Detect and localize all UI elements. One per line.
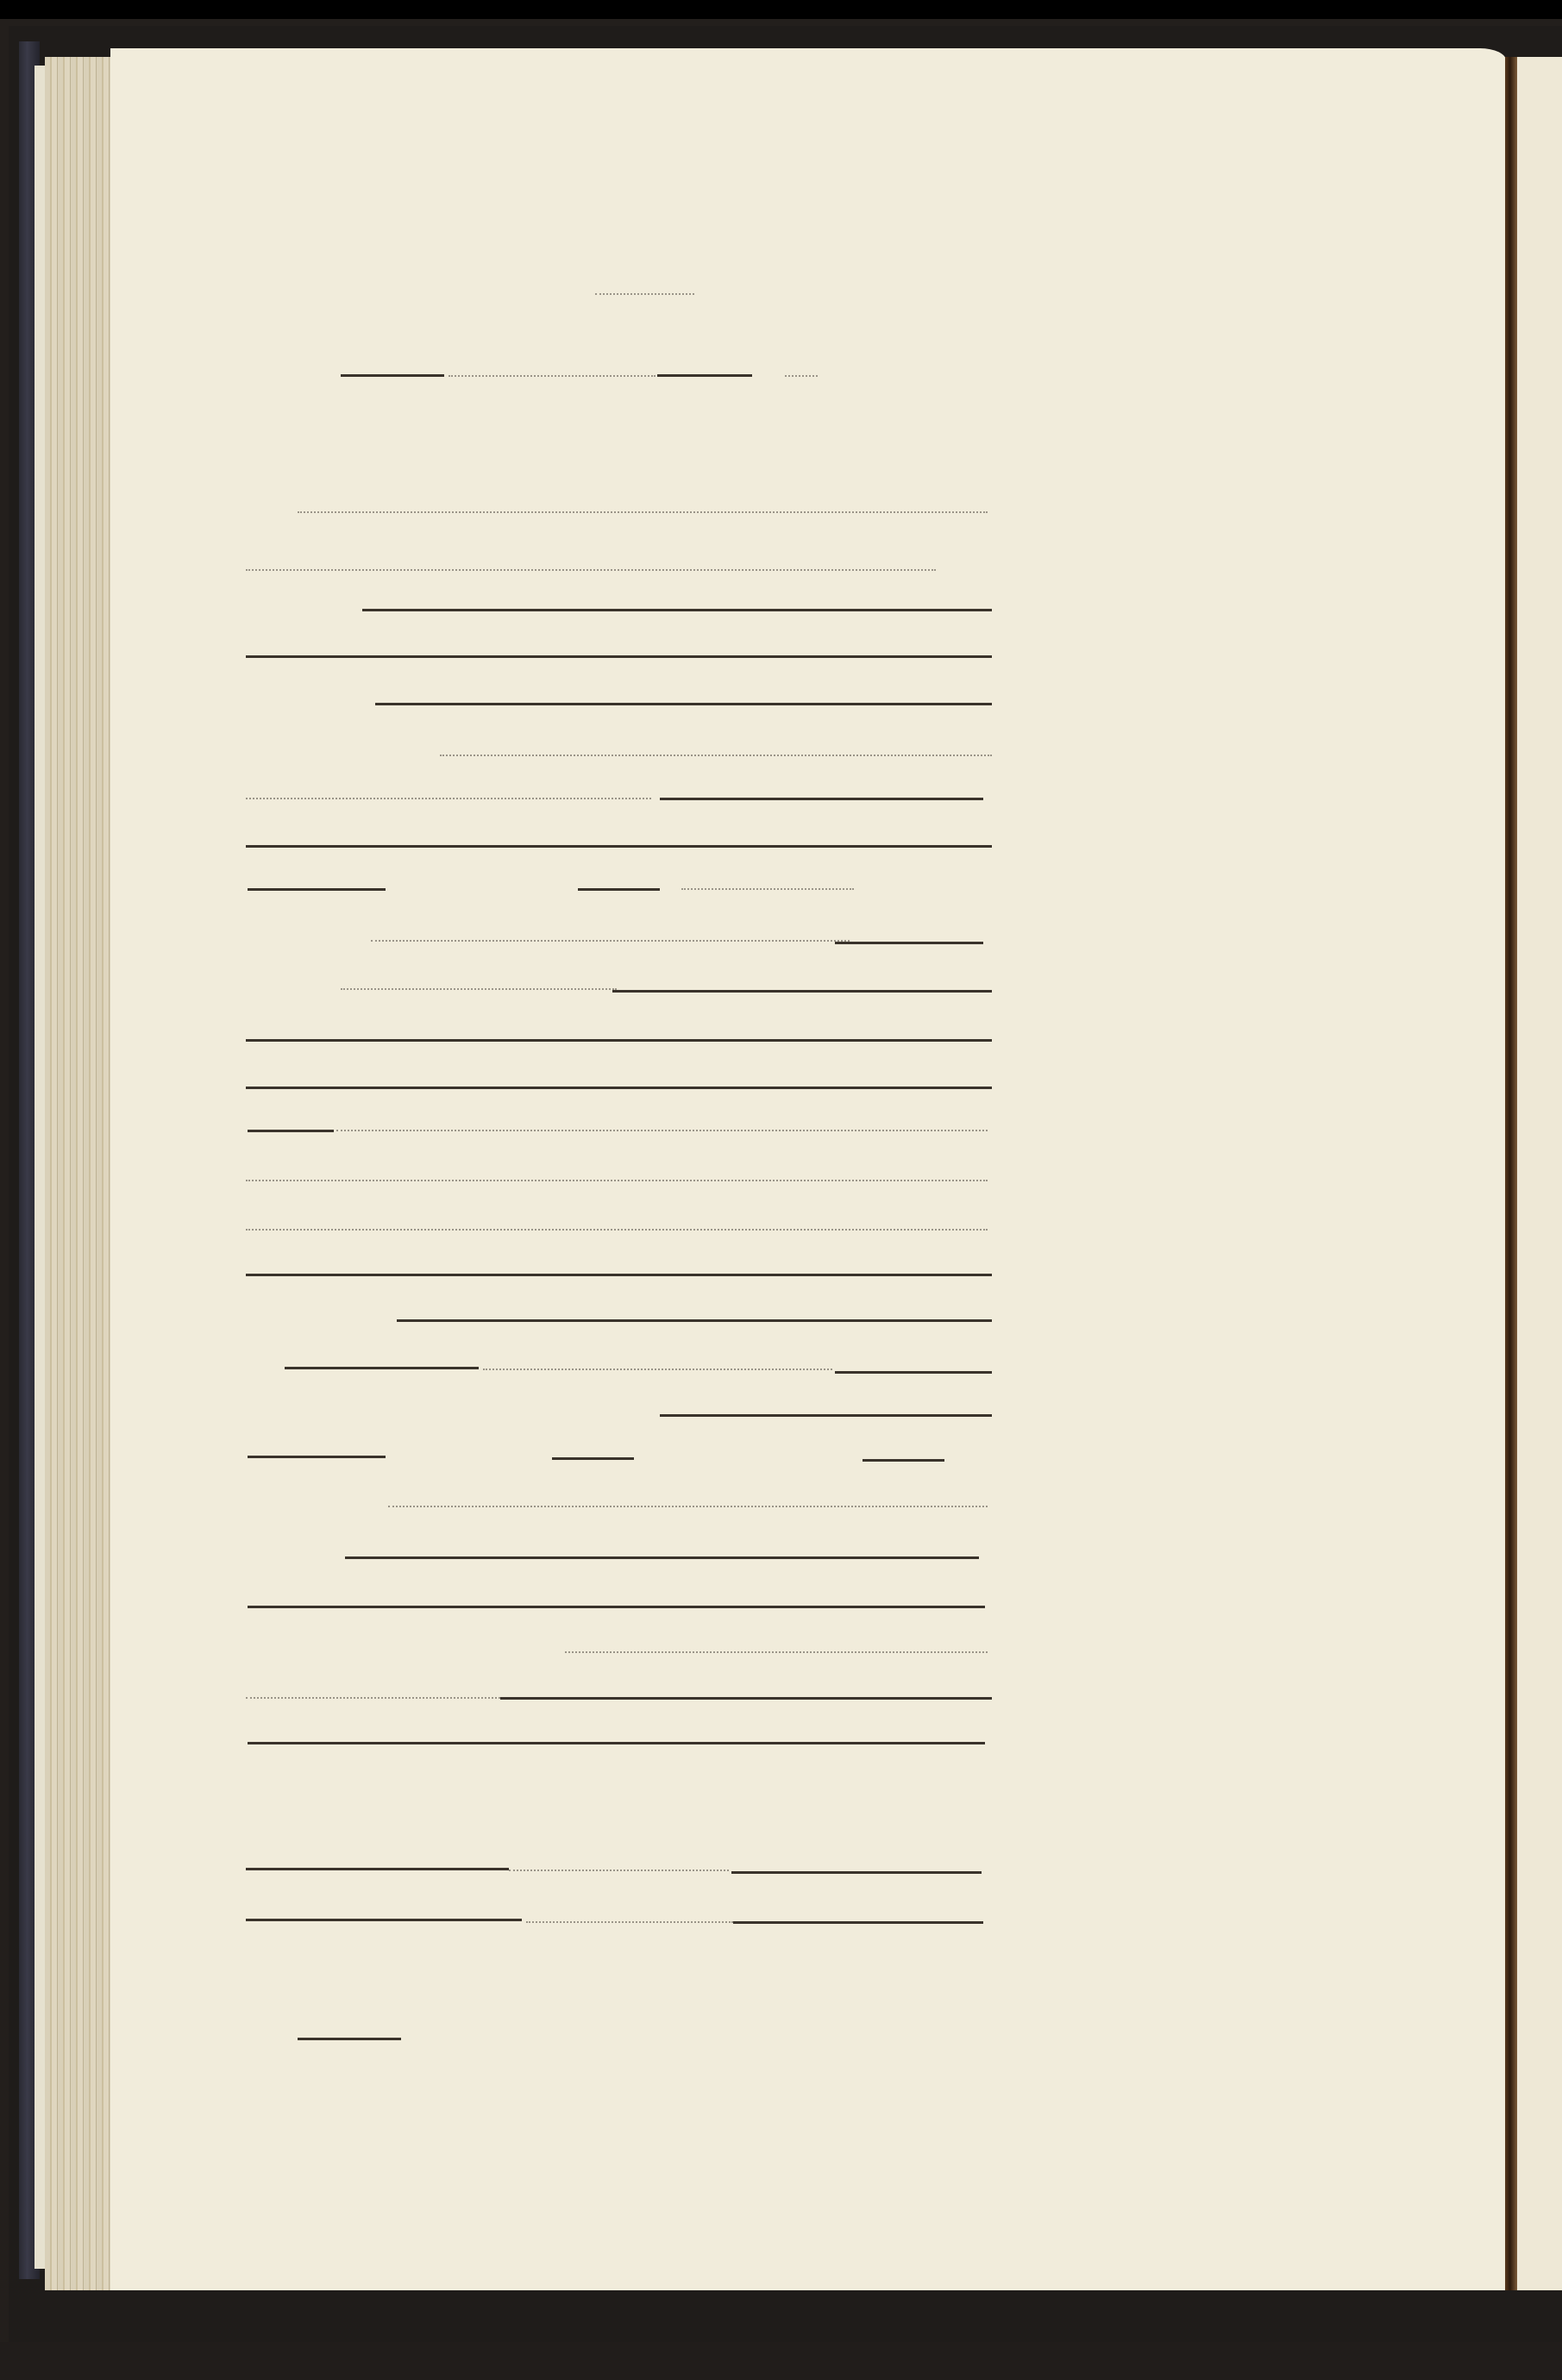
register-entry: [0, 0, 1562, 2380]
